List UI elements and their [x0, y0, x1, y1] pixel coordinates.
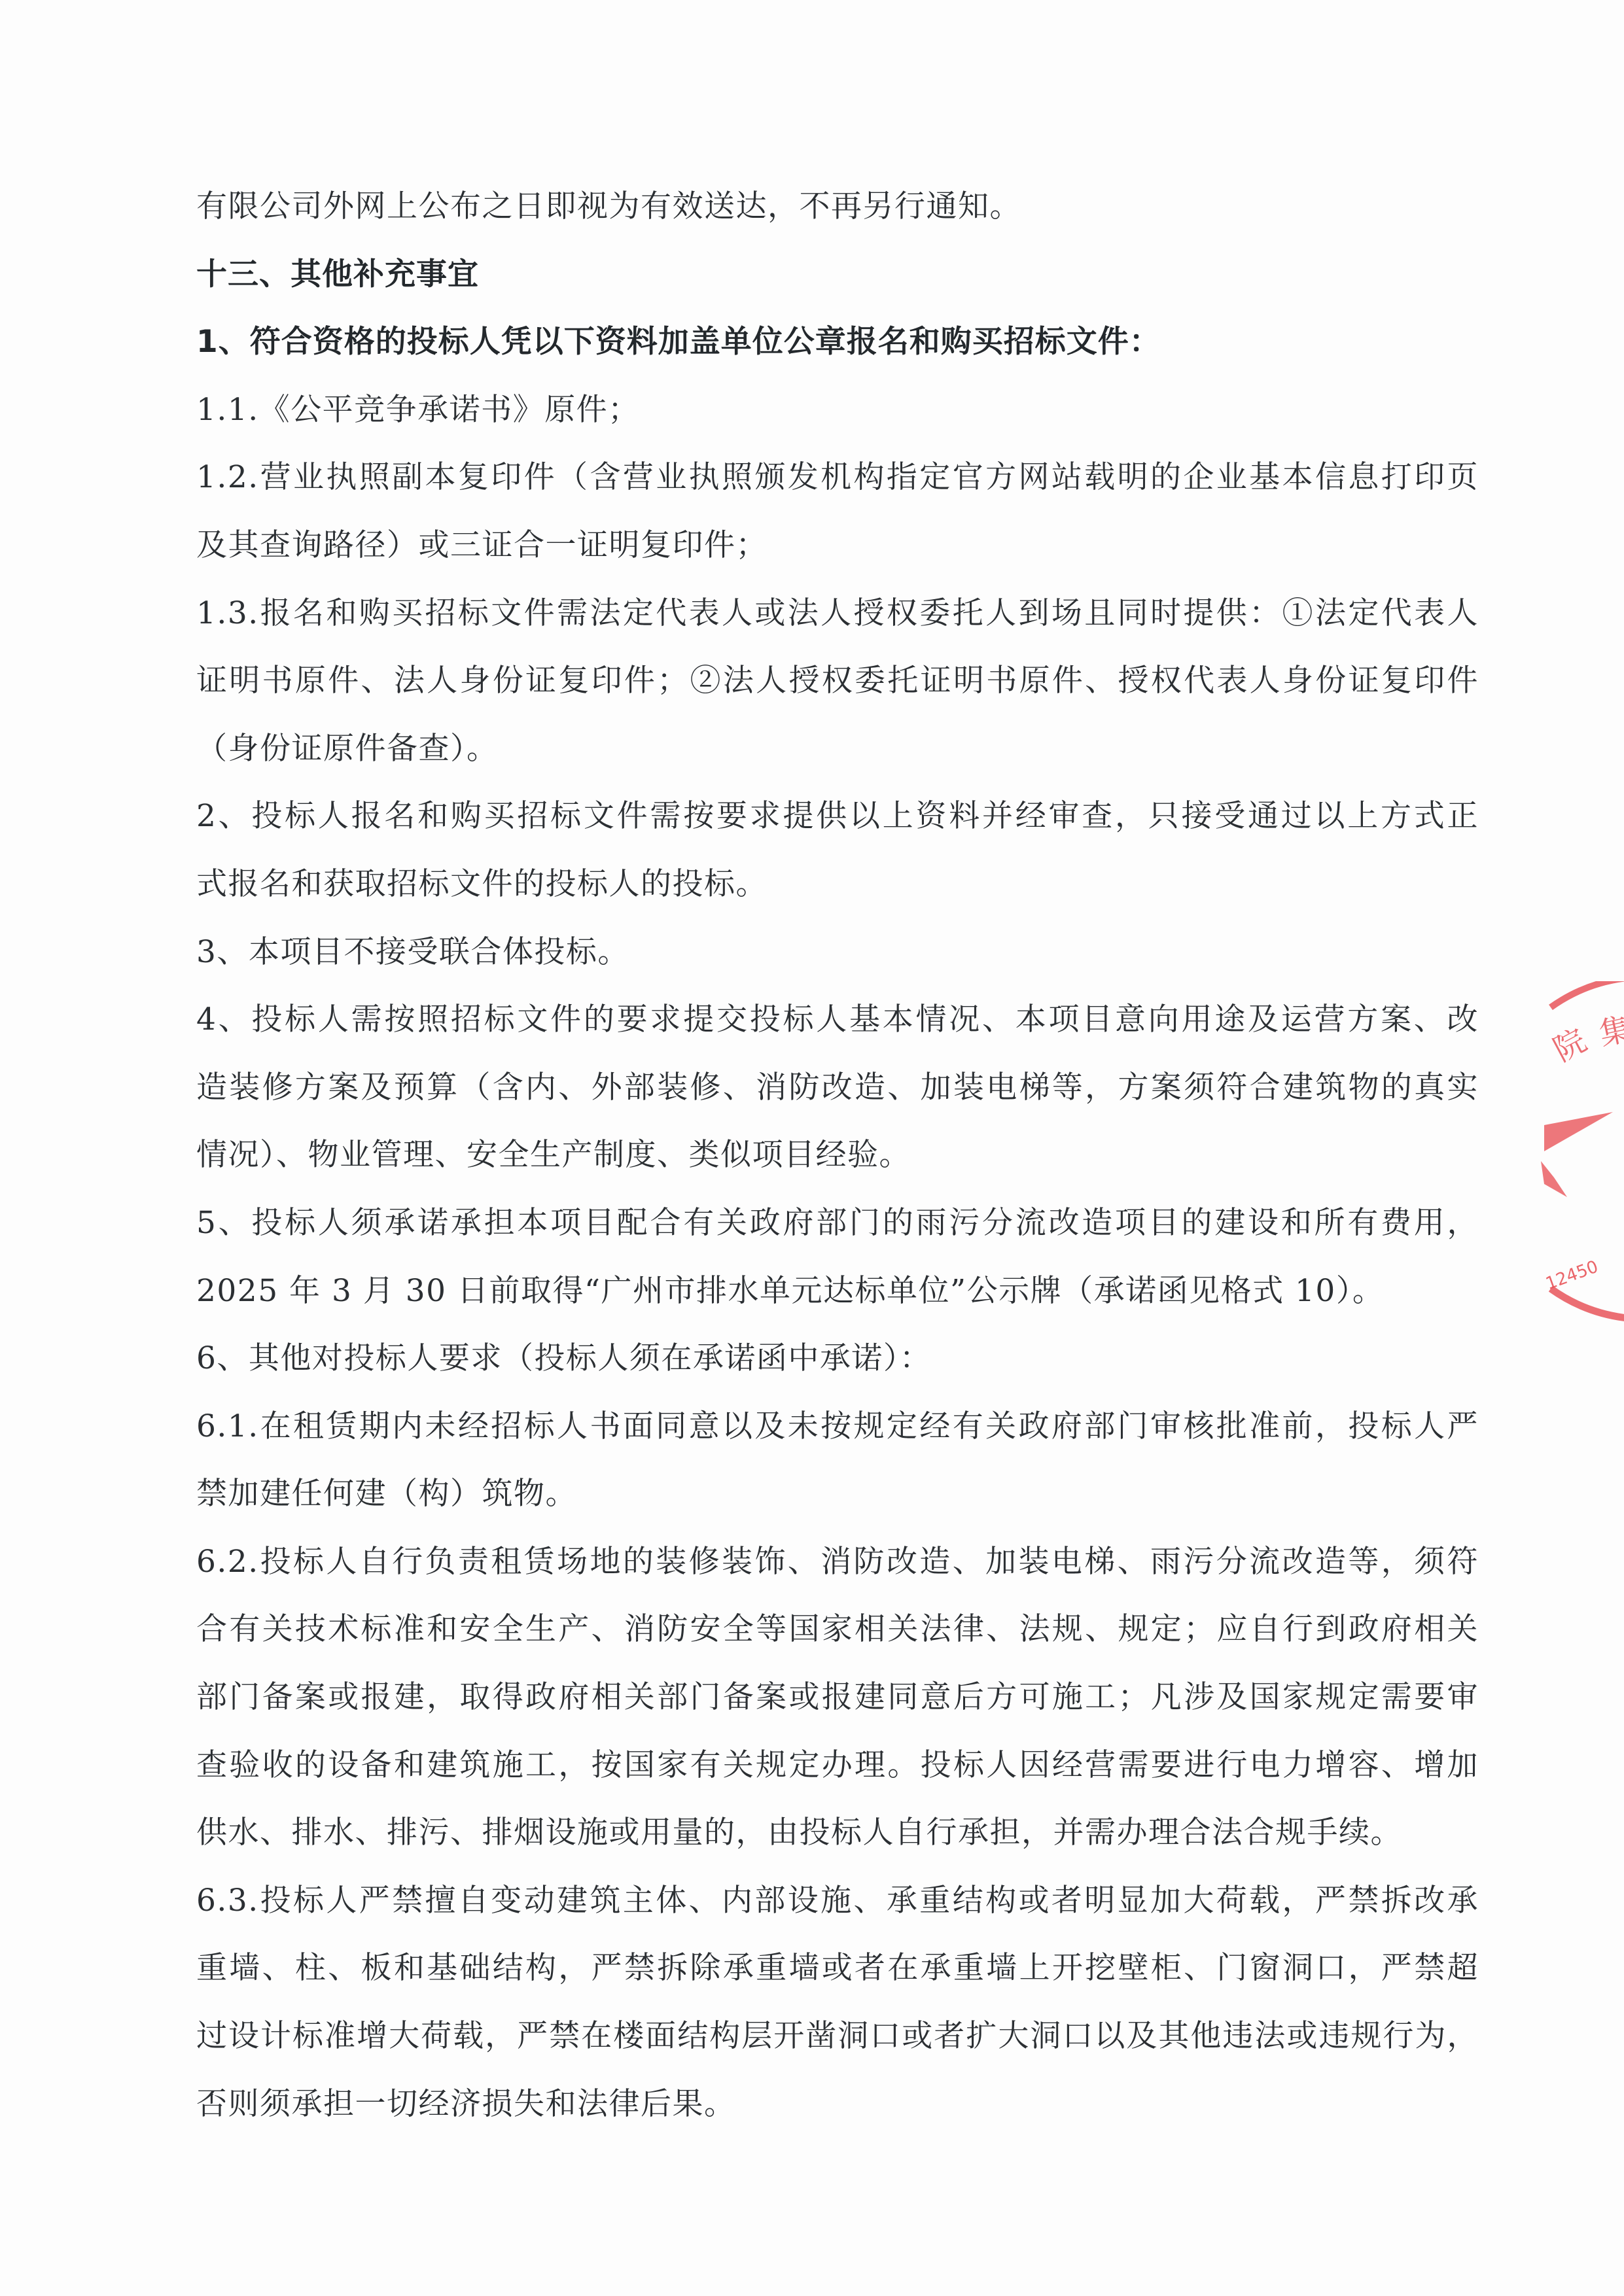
- paragraph-line: 6、其他对投标人要求（投标人须在承诺函中承诺）：: [196, 1335, 1479, 1403]
- paragraph-line: 及其查询路径）或三证合一证明复印件；: [196, 522, 1479, 590]
- paragraph-line: 有限公司外网上公布之日即视为有效送达，不再另行通知。: [196, 183, 1479, 251]
- company-seal-stamp: 院 集 团 12450: [1538, 981, 1624, 1321]
- seal-char: 集: [1596, 1011, 1624, 1053]
- paragraph-line: 过设计标准增大荷载，严禁在楼面结构层开凿洞口或者扩大洞口以及其他违法或违规行为，: [196, 2013, 1479, 2081]
- paragraph-line: 4、投标人需按照招标文件的要求提交投标人基本情况、本项目意向用途及运营方案、改: [196, 996, 1479, 1064]
- paragraph-line: （身份证原件备查）。: [196, 725, 1479, 793]
- seal-number: 12450: [1544, 1257, 1601, 1294]
- paragraph-line: 造装修方案及预算（含内、外部装修、消防改造、加装电梯等，方案须符合建筑物的真实: [196, 1064, 1479, 1132]
- subsection-heading: 1、符合资格的投标人凭以下资料加盖单位公章报名和购买招标文件：: [196, 319, 1479, 387]
- paragraph-line: 重墙、柱、板和基础结构，严禁拆除承重墙或者在承重墙上开挖壁柜、门窗洞口，严禁超: [196, 1945, 1479, 2013]
- document-body: 有限公司外网上公布之日即视为有效送达，不再另行通知。 十三、其他补充事宜 1、符…: [196, 183, 1479, 2148]
- seal-char: 院: [1547, 1022, 1593, 1069]
- paragraph-line: 1.2.营业执照副本复印件（含营业执照颁发机构指定官方网站载明的企业基本信息打印…: [196, 454, 1479, 522]
- seal-icon: 院 集 团 12450: [1538, 981, 1624, 1321]
- paragraph-line: 3、本项目不接受联合体投标。: [196, 929, 1479, 997]
- paragraph-line: 2025 年 3 月 30 日前取得“广州市排水单元达标单位”公示牌（承诺函见格…: [196, 1268, 1479, 1336]
- paragraph-line: 供水、排水、排污、排烟设施或用量的，由投标人自行承担，并需办理合法合规手续。: [196, 1809, 1479, 1877]
- paragraph-line: 否则须承担一切经济损失和法律后果。: [196, 2081, 1479, 2149]
- paragraph-line: 6.3.投标人严禁擅自变动建筑主体、内部设施、承重结构或者明显加大荷载，严禁拆改…: [196, 1877, 1479, 1945]
- document-page: 有限公司外网上公布之日即视为有效送达，不再另行通知。 十三、其他补充事宜 1、符…: [0, 0, 1624, 2296]
- paragraph-line: 禁加建任何建（构）筑物。: [196, 1470, 1479, 1539]
- paragraph-line: 5、投标人须承诺承担本项目配合有关政府部门的雨污分流改造项目的建设和所有费用，: [196, 1200, 1479, 1268]
- paragraph-line: 查验收的设备和建筑施工，按国家有关规定办理。投标人因经营需要进行电力增容、增加: [196, 1742, 1479, 1810]
- paragraph-line: 1.1.《公平竞争承诺书》原件；: [196, 387, 1479, 455]
- section-heading: 十三、其他补充事宜: [196, 251, 1479, 319]
- paragraph-line: 情况）、物业管理、安全生产制度、类似项目经验。: [196, 1132, 1479, 1200]
- paragraph-line: 部门备案或报建，取得政府相关部门备案或报建同意后方可施工；凡涉及国家规定需要审: [196, 1674, 1479, 1742]
- paragraph-line: 6.1.在租赁期内未经招标人书面同意以及未按规定经有关政府部门审核批准前，投标人…: [196, 1403, 1479, 1471]
- paragraph-line: 6.2.投标人自行负责租赁场地的装修装饰、消防改造、加装电梯、雨污分流改造等，须…: [196, 1539, 1479, 1607]
- paragraph-line: 证明书原件、法人身份证复印件；②法人授权委托证明书原件、授权代表人身份证复印件: [196, 657, 1479, 725]
- paragraph-line: 1.3.报名和购买招标文件需法定代表人或法人授权委托人到场且同时提供：①法定代表…: [196, 590, 1479, 658]
- paragraph-line: 2、投标人报名和购买招标文件需按要求提供以上资料并经审查，只接受通过以上方式正: [196, 793, 1479, 861]
- paragraph-line: 合有关技术标准和安全生产、消防安全等国家相关法律、法规、规定；应自行到政府相关: [196, 1606, 1479, 1674]
- paragraph-line: 式报名和获取招标文件的投标人的投标。: [196, 861, 1479, 929]
